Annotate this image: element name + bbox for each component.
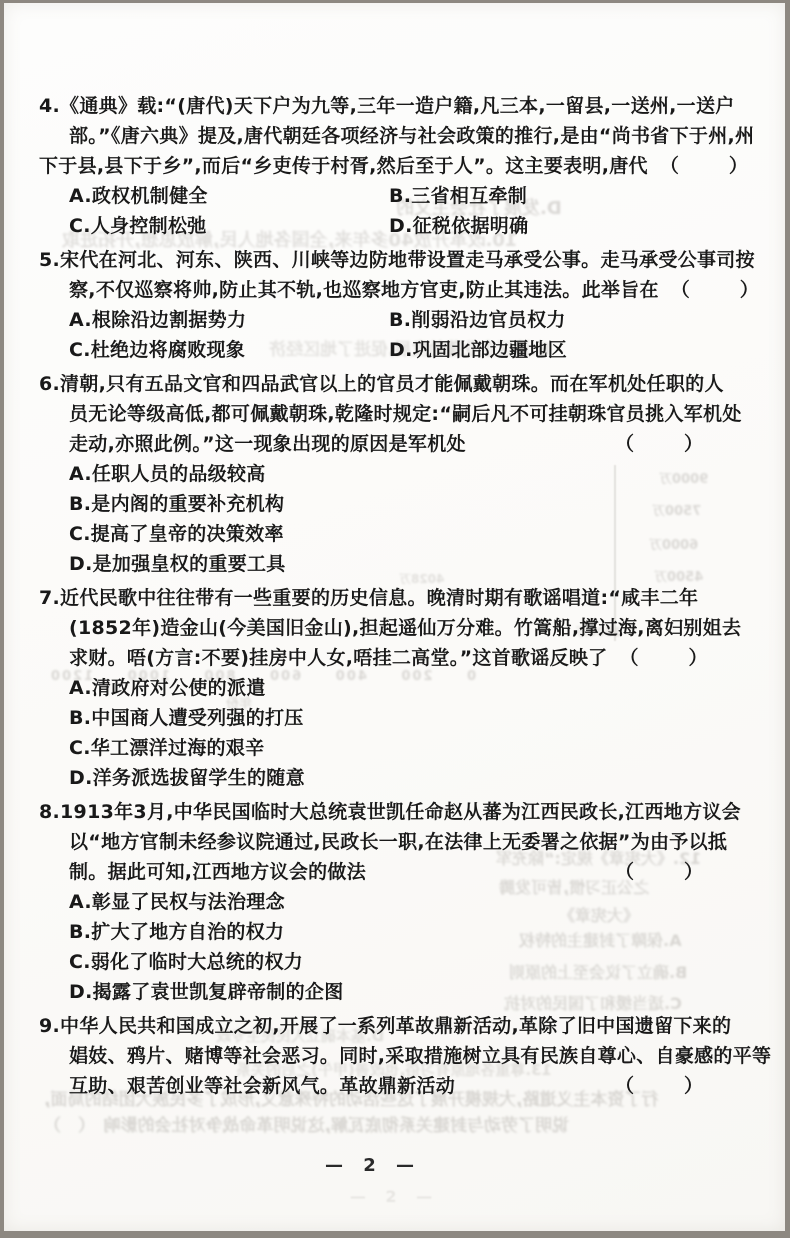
- option-c: C.弱化了临时大总统的权力: [69, 947, 707, 977]
- scanned-exam-page: { "page": { "number_label": "— 2 —" }, "…: [0, 0, 790, 1238]
- stem-text: 7.近代民歌中往往带有一些重要的历史信息。晚清时期有歌谣唱道:“咸丰二年: [39, 583, 698, 613]
- question-stem-line: 员无论等级高低,都可佩戴朝珠,乾隆时规定:“嗣后凡不可挂朝珠官员挑入军机处: [39, 399, 707, 429]
- option-a: A.政权机制健全: [69, 181, 389, 211]
- question-stem-line: 察,不仅巡察将帅,防止其不轨,也巡察地方官吏,防止其违法。此举旨在 （ ）: [39, 275, 707, 305]
- stem-text: 部。”《唐六典》提及,唐代朝廷各项经济与社会政策的推行,是由“尚书省下于州,州: [69, 121, 754, 151]
- page-number: — 2 —: [39, 1155, 707, 1176]
- option-b: B.三省相互牵制: [389, 181, 707, 211]
- stem-text: (1852年)造金山(今美国旧金山),担起遥仙万分难。竹篙船,撑过海,离妇别姐去: [69, 613, 741, 643]
- question-5: 5.宋代在河北、河东、陕西、川峡等边防地带设置走马承受公事。走马承受公事司按 察…: [39, 245, 707, 365]
- question-stem-line: 互助、艰苦创业等社会新风气。革故鼎新活动 （ ）: [39, 1071, 707, 1101]
- option-d: D.巩固北部边疆地区: [389, 335, 707, 365]
- option-c: C.人身控制松弛: [69, 211, 389, 241]
- option-d: D.征税依据明确: [389, 211, 707, 241]
- option-d: D.揭露了袁世凯复辟帝制的企图: [69, 977, 707, 1007]
- option-b: B.扩大了地方自治的权力: [69, 917, 707, 947]
- option-a: A.任职人员的品级较高: [69, 459, 707, 489]
- stem-text: 察,不仅巡察将帅,防止其不轨,也巡察地方官吏,防止其违法。此举旨在: [69, 275, 659, 305]
- question-stem-line: 8.1913年3月,中华民国临时大总统袁世凯任命赵从蕃为江西民政长,江西地方议会: [39, 797, 707, 827]
- answer-bracket: （ ）: [660, 151, 752, 181]
- option-c: C.杜绝边将腐败现象: [69, 335, 389, 365]
- option-d: D.是加强皇权的重要工具: [69, 549, 707, 579]
- question-stem-line: 5.宋代在河北、河东、陕西、川峡等边防地带设置走马承受公事。走马承受公事司按: [39, 245, 707, 275]
- stem-text: 员无论等级高低,都可佩戴朝珠,乾隆时规定:“嗣后凡不可挂朝珠官员挑入军机处: [69, 399, 742, 429]
- stem-text: 求财。唔(方言:不要)挂房中人女,唔挂二高堂。”这首歌谣反映了: [69, 643, 607, 673]
- stem-text: 下于县,县下于乡”,而后“乡吏传于村胥,然后至于人”。这主要表明,唐代: [39, 151, 648, 181]
- answer-bracket: （ ）: [671, 275, 763, 305]
- question-6: 6.清朝,只有五品文官和四品武官以上的官员才能佩戴朝珠。而在军机处任职的人 员无…: [39, 369, 707, 579]
- answer-bracket: （ ）: [619, 643, 711, 673]
- question-4: 4.《通典》载:“(唐代)天下户为九等,三年一造户籍,凡三本,一留县,一送州,一…: [39, 91, 707, 241]
- paper-sheet: D.发展了社会主义的 10.改革开放40多年来,全国各地人民,解放思想,开拓进取…: [4, 3, 785, 1231]
- answer-bracket: （ ）: [615, 1071, 707, 1101]
- answer-bracket: （ ）: [615, 429, 707, 459]
- question-9: 9.中华人民共和国成立之初,开展了一系列革故鼎新活动,革除了旧中国遗留下来的 娼…: [39, 1011, 707, 1101]
- answer-bracket: （ ）: [615, 857, 707, 887]
- stem-text: 4.《通典》载:“(唐代)天下户为九等,三年一造户籍,凡三本,一留县,一送州,一…: [39, 91, 735, 121]
- stem-text: 制。据此可知,江西地方议会的做法: [69, 857, 366, 887]
- question-stem-line: 部。”《唐六典》提及,唐代朝廷各项经济与社会政策的推行,是由“尚书省下于州,州: [39, 121, 707, 151]
- question-stem-line: 以“地方官制未经参议院通过,民政长一职,在法律上无委署之依据”为由予以抵: [39, 827, 707, 857]
- question-stem-line: 走动,亦照此例。”这一现象出现的原因是军机处 （ ）: [39, 429, 707, 459]
- question-stem-line: 制。据此可知,江西地方议会的做法 （ ）: [39, 857, 707, 887]
- question-7: 7.近代民歌中往往带有一些重要的历史信息。晚清时期有歌谣唱道:“咸丰二年 (18…: [39, 583, 707, 793]
- options-group: A.政权机制健全 B.三省相互牵制 C.人身控制松弛 D.征税依据明确: [39, 181, 707, 241]
- question-stem-line: (1852年)造金山(今美国旧金山),担起遥仙万分难。竹篙船,撑过海,离妇别姐去: [39, 613, 707, 643]
- question-stem-line: 求财。唔(方言:不要)挂房中人女,唔挂二高堂。”这首歌谣反映了 （ ）: [39, 643, 707, 673]
- option-b: B.削弱沿边官员权力: [389, 305, 707, 335]
- options-group: A.任职人员的品级较高 B.是内阁的重要补充机构 C.提高了皇帝的决策效率 D.…: [39, 459, 707, 579]
- option-b: B.中国商人遭受列强的打压: [69, 703, 707, 733]
- options-group: A.根除沿边割据势力 B.削弱沿边官员权力 C.杜绝边将腐败现象 D.巩固北部边…: [39, 305, 707, 365]
- bleed-page-number-ghost: — 2 —: [4, 1187, 785, 1206]
- options-group: A.彰显了民权与法治理念 B.扩大了地方自治的权力 C.弱化了临时大总统的权力 …: [39, 887, 707, 1007]
- stem-text: 互助、艰苦创业等社会新风气。革故鼎新活动: [69, 1071, 455, 1101]
- question-stem-line: 6.清朝,只有五品文官和四品武官以上的官员才能佩戴朝珠。而在军机处任职的人: [39, 369, 707, 399]
- stem-text: 5.宋代在河北、河东、陕西、川峡等边防地带设置走马承受公事。走马承受公事司按: [39, 245, 755, 275]
- options-group: A.清政府对公使的派遣 B.中国商人遭受列强的打压 C.华工漂洋过海的艰辛 D.…: [39, 673, 707, 793]
- option-d: D.洋务派选拔留学生的随意: [69, 763, 707, 793]
- stem-text: 9.中华人民共和国成立之初,开展了一系列革故鼎新活动,革除了旧中国遗留下来的: [39, 1011, 731, 1041]
- option-a: A.清政府对公使的派遣: [69, 673, 707, 703]
- option-b: B.是内阁的重要补充机构: [69, 489, 707, 519]
- stem-text: 娼妓、鸦片、赌博等社会恶习。同时,采取措施树立具有民族自尊心、自豪感的平等: [69, 1041, 771, 1071]
- question-8: 8.1913年3月,中华民国临时大总统袁世凯任命赵从蕃为江西民政长,江西地方议会…: [39, 797, 707, 1007]
- option-c: C.华工漂洋过海的艰辛: [69, 733, 707, 763]
- stem-text: 走动,亦照此例。”这一现象出现的原因是军机处: [69, 429, 466, 459]
- question-stem-line: 7.近代民歌中往往带有一些重要的历史信息。晚清时期有歌谣唱道:“咸丰二年: [39, 583, 707, 613]
- option-a: A.彰显了民权与法治理念: [69, 887, 707, 917]
- stem-text: 8.1913年3月,中华民国临时大总统袁世凯任命赵从蕃为江西民政长,江西地方议会: [39, 797, 741, 827]
- stem-text: 以“地方官制未经参议院通过,民政长一职,在法律上无委署之依据”为由予以抵: [69, 827, 727, 857]
- question-stem-line: 4.《通典》载:“(唐代)天下户为九等,三年一造户籍,凡三本,一留县,一送州,一…: [39, 91, 707, 121]
- option-c: C.提高了皇帝的决策效率: [69, 519, 707, 549]
- option-a: A.根除沿边割据势力: [69, 305, 389, 335]
- question-stem-line: 下于县,县下于乡”,而后“乡吏传于村胥,然后至于人”。这主要表明,唐代 （ ）: [39, 151, 707, 181]
- exam-questions: 4.《通典》载:“(唐代)天下户为九等,三年一造户籍,凡三本,一留县,一送州,一…: [39, 91, 707, 1176]
- stem-text: 6.清朝,只有五品文官和四品武官以上的官员才能佩戴朝珠。而在军机处任职的人: [39, 369, 724, 399]
- question-stem-line: 娼妓、鸦片、赌博等社会恶习。同时,采取措施树立具有民族自尊心、自豪感的平等: [39, 1041, 707, 1071]
- question-stem-line: 9.中华人民共和国成立之初,开展了一系列革故鼎新活动,革除了旧中国遗留下来的: [39, 1011, 707, 1041]
